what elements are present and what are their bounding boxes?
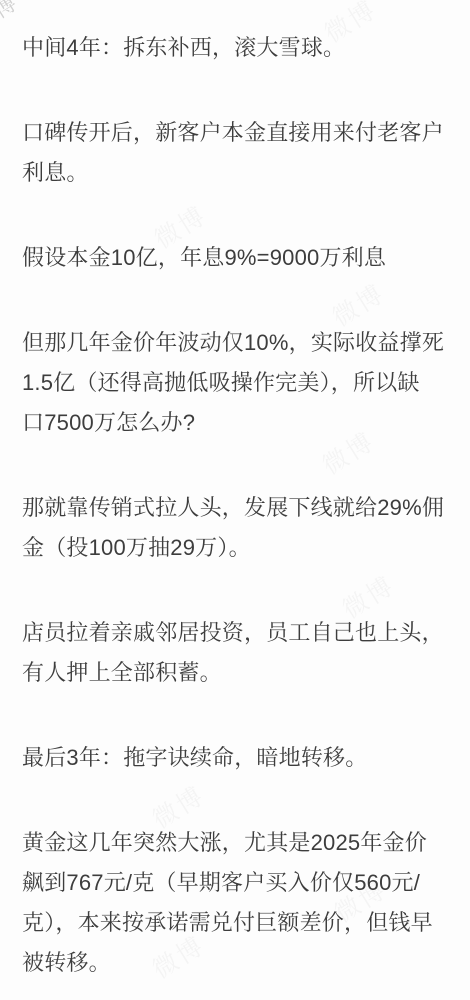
paragraph-5: 那就靠传销式拉人头，发展下线就给29%佣 金（投100万抽29万）。 (22, 488, 446, 568)
paragraph-3: 假设本金10亿，年息9%=9000万利息 (22, 238, 446, 278)
paragraph-4: 但那几年金价年波动仅10%，实际收益撑死 1.5亿（还得高抛低吸操作完美），所以… (22, 323, 446, 443)
paragraph-8: 黄金这几年突然大涨，尤其是2025年金价 飙到767元/克（早期客户买入价仅56… (22, 823, 446, 983)
text-line: 但那几年金价年波动仅10%，实际收益撑死 (22, 323, 446, 363)
text-line: 最后3年：拖字诀续命，暗地转移。 (22, 738, 446, 778)
text-line: 1.5亿（还得高抛低吸操作完美），所以缺 (22, 363, 446, 403)
text-line: 店员拉着亲戚邻居投资，员工自己也上头， (22, 613, 446, 653)
text-line: 有人押上全部积蓄。 (22, 653, 446, 693)
text-line: 被转移。 (22, 943, 446, 983)
text-line: 利息。 (22, 153, 446, 193)
text-line: 口碑传开后，新客户本金直接用来付老客户 (22, 113, 446, 153)
text-line: 那就靠传销式拉人头，发展下线就给29%佣 (22, 488, 446, 528)
text-line: 黄金这几年突然大涨，尤其是2025年金价 (22, 823, 446, 863)
post-text-body: 中间4年：拆东补西，滚大雪球。 口碑传开后，新客户本金直接用来付老客户 利息。 … (0, 0, 470, 1000)
text-line: 口7500万怎么办? (22, 403, 446, 443)
paragraph-2: 口碑传开后，新客户本金直接用来付老客户 利息。 (22, 113, 446, 193)
text-line: 中间4年：拆东补西，滚大雪球。 (22, 28, 446, 68)
text-line: 飙到767元/克（早期客户买入价仅560元/ (22, 863, 446, 903)
text-line: 金（投100万抽29万）。 (22, 528, 446, 568)
paragraph-7: 最后3年：拖字诀续命，暗地转移。 (22, 738, 446, 778)
paragraph-6: 店员拉着亲戚邻居投资，员工自己也上头， 有人押上全部积蓄。 (22, 613, 446, 693)
text-line: 假设本金10亿，年息9%=9000万利息 (22, 238, 446, 278)
paragraph-1: 中间4年：拆东补西，滚大雪球。 (22, 28, 446, 68)
weibo-post-screenshot: 微博 微博 微博 微博 微博 微博 微博 微博 微博 中间4年：拆东补西，滚大雪… (0, 0, 470, 1000)
text-line: 克），本来按承诺需兑付巨额差价，但钱早 (22, 903, 446, 943)
